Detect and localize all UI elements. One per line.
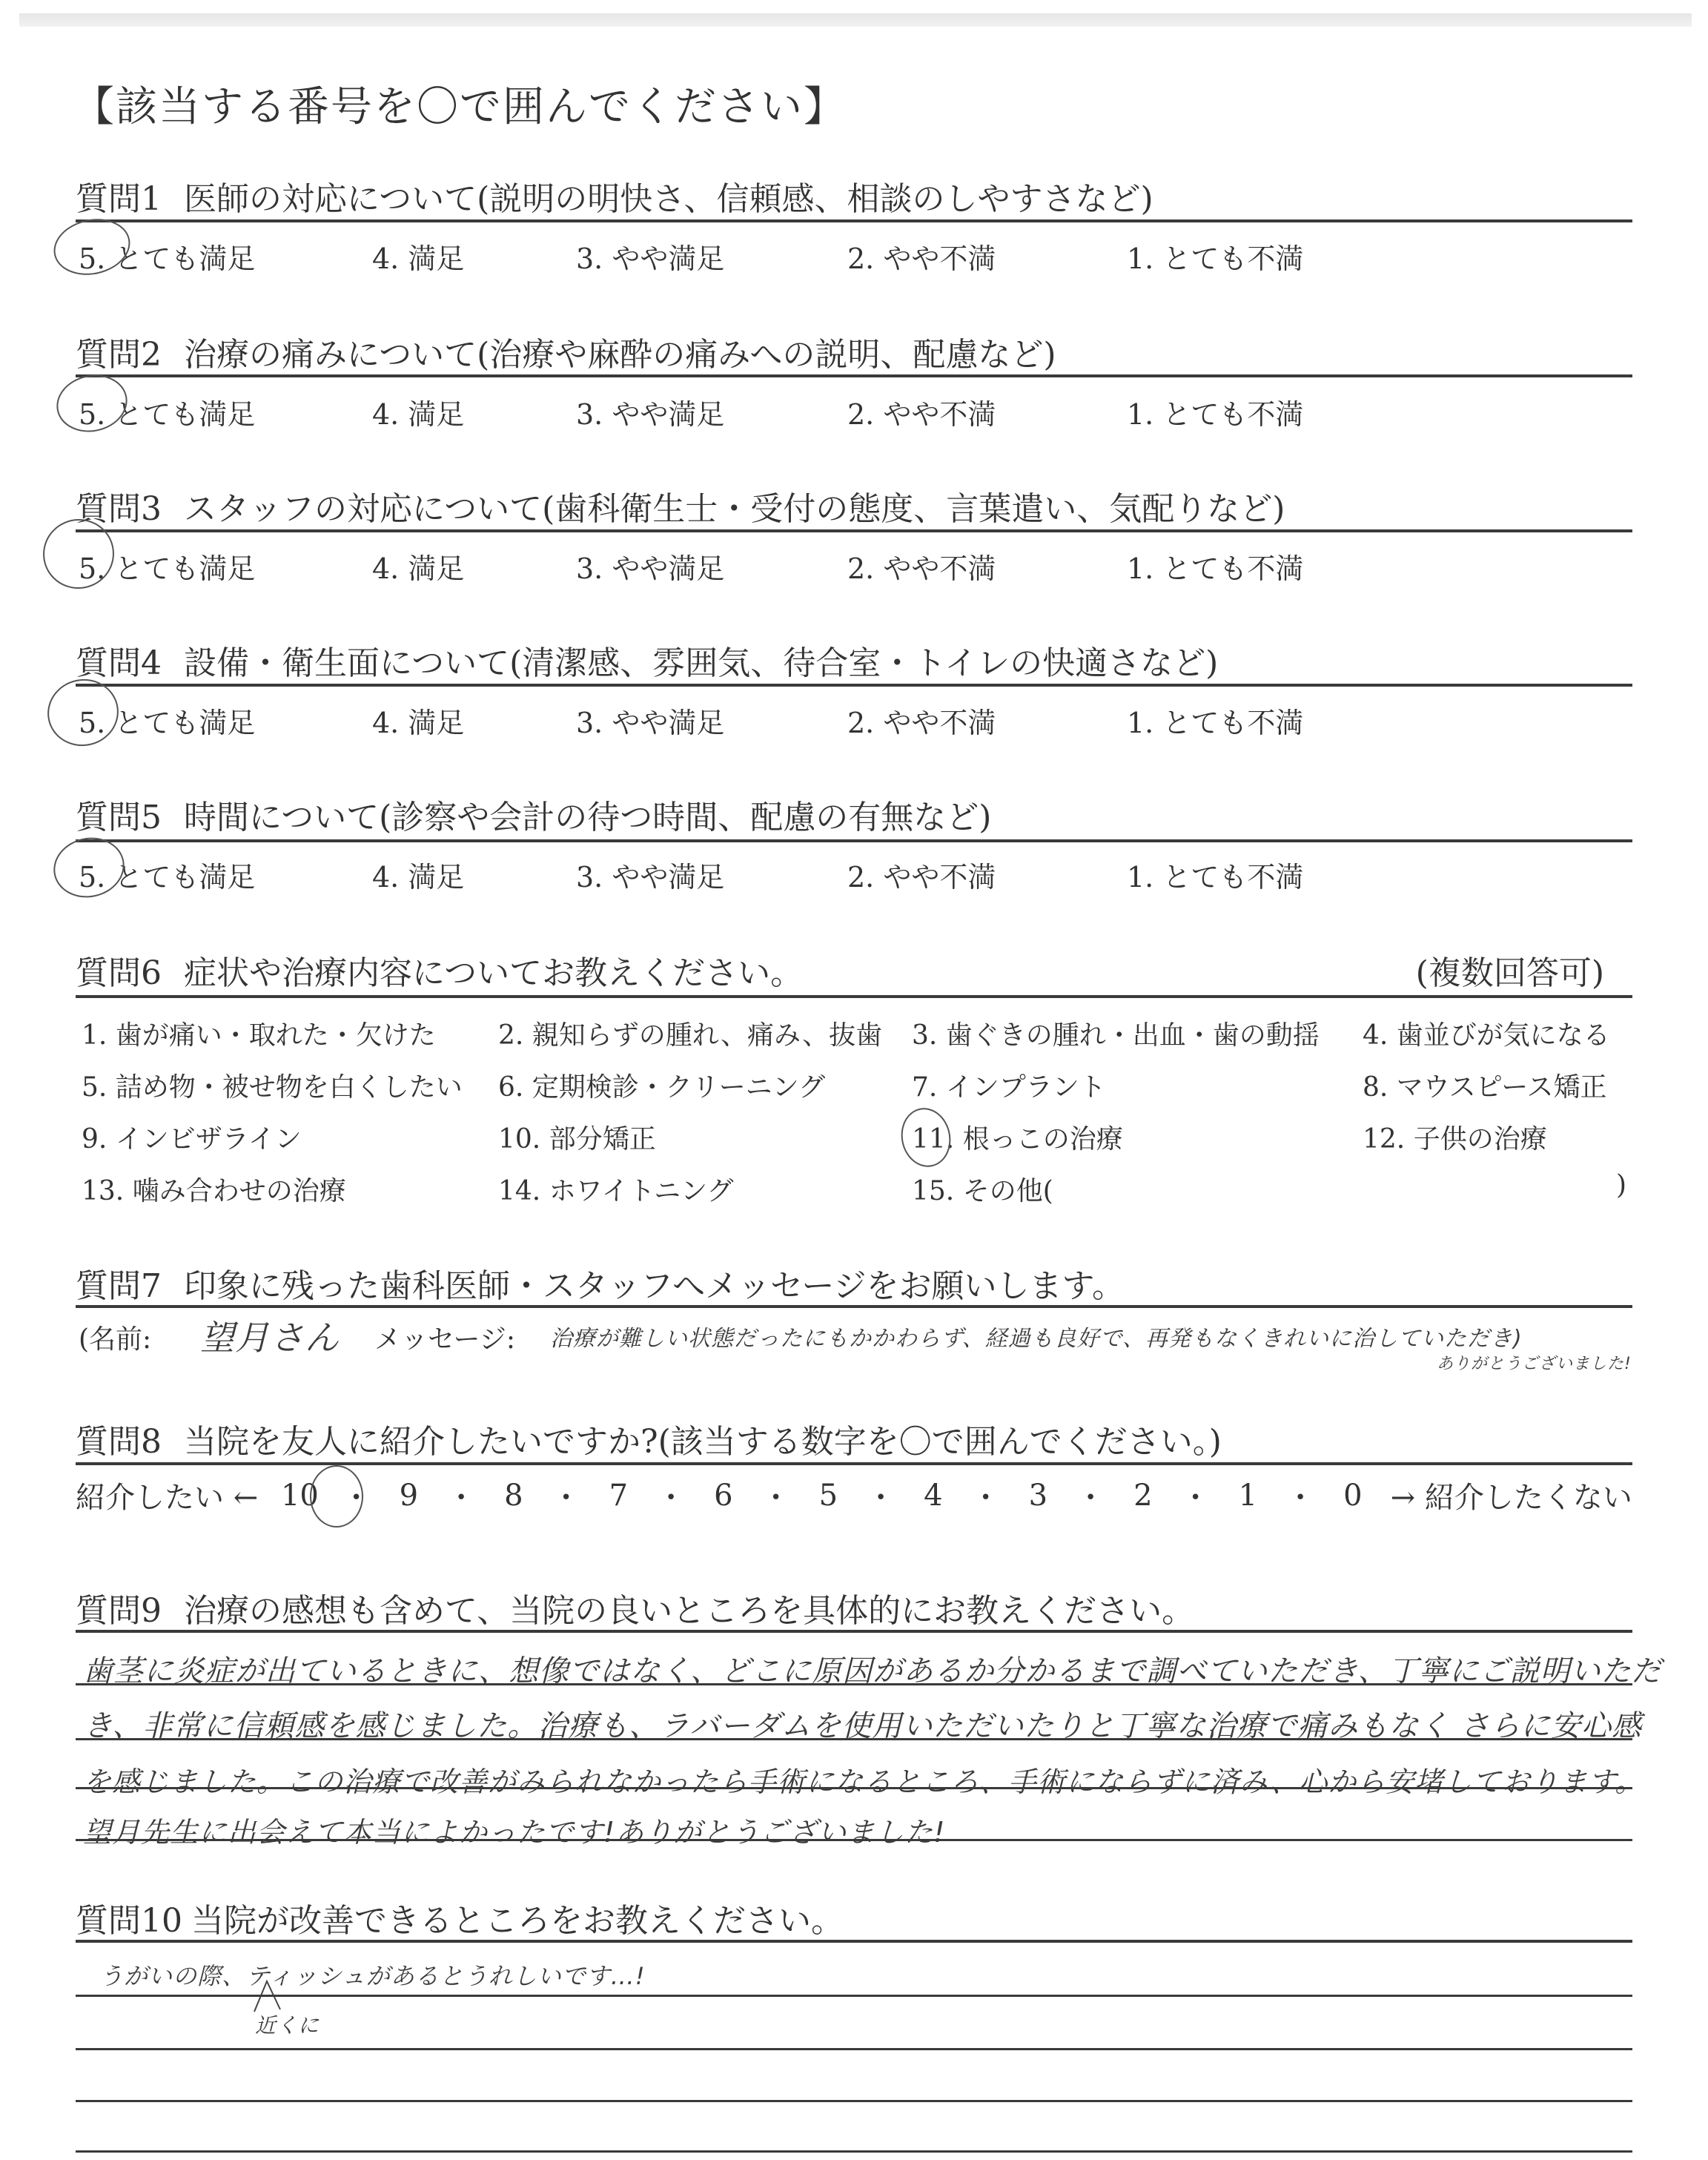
option-2[interactable]: 2. やや不満 [847, 700, 996, 741]
symptom-option-9[interactable]: 9. インビザライン [82, 1118, 302, 1156]
selection-circle [310, 1465, 363, 1527]
question-text: スタッフの対応について(歯科衛生士・受付の態度、言葉遣い、気配りなど) [184, 490, 1285, 528]
question-text: 医師の対応について(説明の明快さ、信頼感、相談のしやすさなど) [184, 180, 1153, 218]
writing-line [76, 2100, 1632, 2102]
divider [76, 219, 1632, 222]
symptom-option-6[interactable]: 6. 定期検診・クリーニング [498, 1066, 825, 1104]
separator: ・ [761, 1474, 791, 1516]
option-2[interactable]: 2. やや不満 [847, 392, 996, 432]
multiple-answers-note: (複数回答可) [1416, 946, 1604, 994]
question-number: 質問7 [76, 1267, 162, 1305]
divider [76, 1630, 1632, 1633]
writing-line [76, 1787, 1632, 1789]
symptom-option-7[interactable]: 7. インプラント [912, 1066, 1106, 1104]
question-5-heading: 質問5時間について(診察や会計の待つ時間、配慮の有無など) [76, 790, 991, 838]
message-value[interactable]: 治療が難しい状態だったにもかかわらず、経過も良好で、再発もなくきれいに治していた… [550, 1320, 1523, 1353]
question-6-heading: 質問6症状や治療内容についてお教えください。 [76, 946, 803, 994]
separator: ・ [866, 1474, 896, 1516]
symptom-option-8[interactable]: 8. マウスピース矯正 [1363, 1066, 1606, 1104]
divider [76, 1305, 1632, 1308]
question-text: 当院を友人に紹介したいですか?(該当する数字を〇で囲んでください。) [184, 1423, 1222, 1461]
question-10-heading: 質問10当院が改善できるところをお教えください。 [76, 1894, 844, 1941]
writing-line [76, 2048, 1632, 2050]
message-label: メッセージ: [374, 1318, 515, 1356]
question-3-heading: 質問3スタッフの対応について(歯科衛生士・受付の態度、言葉遣い、気配りなど) [76, 482, 1285, 529]
question-2-heading: 質問2治療の痛みについて(治療や麻酔の痛みへの説明、配慮など) [76, 328, 1056, 375]
question-text: 治療の痛みについて(治療や麻酔の痛みへの説明、配慮など) [184, 336, 1056, 374]
question-number: 質問1 [76, 180, 162, 218]
name-value[interactable]: 望月さん [200, 1311, 340, 1360]
option-2[interactable]: 2. やや不満 [847, 236, 996, 277]
scale-8[interactable]: 8 [499, 1479, 529, 1513]
scale-4[interactable]: 4 [918, 1479, 948, 1513]
option-1[interactable]: 1. とても不満 [1127, 546, 1303, 587]
scale-left-label: 紹介したい ← [76, 1474, 258, 1516]
scale-3[interactable]: 3 [1023, 1479, 1053, 1513]
divider [76, 995, 1632, 998]
symptom-option-3[interactable]: 3. 歯ぐきの腫れ・出血・歯の動揺 [912, 1014, 1320, 1052]
separator: ・ [971, 1474, 1001, 1516]
option-3[interactable]: 3. やや満足 [576, 236, 724, 277]
writing-line [76, 1738, 1632, 1740]
option-2[interactable]: 2. やや不満 [847, 854, 996, 895]
option-2[interactable]: 2. やや不満 [847, 546, 996, 587]
question-number: 質問4 [76, 644, 162, 682]
insertion-caret-icon [251, 1978, 295, 2015]
message-value-continued[interactable]: ありがとうございました! [1437, 1351, 1632, 1374]
question-1-heading: 質問1医師の対応について(説明の明快さ、信頼感、相談のしやすさなど) [76, 172, 1153, 219]
name-label: (名前: [79, 1318, 151, 1356]
scan-top-edge [19, 13, 1692, 27]
writing-line [76, 1683, 1632, 1685]
improvement-answer[interactable]: うがいの際、ティッシュがあるとうれしいです…! [99, 1958, 646, 1992]
option-1[interactable]: 1. とても不満 [1127, 854, 1303, 895]
option-4[interactable]: 4. 満足 [372, 392, 464, 432]
symptom-option-12[interactable]: 12. 子供の治療 [1363, 1118, 1547, 1156]
question-text: 印象に残った歯科医師・スタッフへメッセージをお願いします。 [184, 1267, 1125, 1305]
divider [76, 1462, 1632, 1465]
page-title: 【該当する番号を〇で囲んでください】 [73, 74, 847, 133]
option-3[interactable]: 3. やや満足 [576, 700, 724, 741]
writing-line [76, 1839, 1632, 1841]
separator: ・ [1076, 1474, 1105, 1516]
answer-line-3[interactable]: を感じました。この治療で改善がみられなかったら手術になるところ、手術にならずに済… [83, 1759, 1644, 1800]
option-4[interactable]: 4. 満足 [372, 854, 464, 895]
separator: ・ [1285, 1474, 1315, 1516]
scale-1[interactable]: 1 [1233, 1479, 1262, 1513]
divider [76, 374, 1632, 377]
divider [76, 684, 1632, 687]
question-number: 質問2 [76, 336, 162, 374]
question-number: 質問5 [76, 799, 162, 836]
other-close-paren: ) [1616, 1170, 1626, 1200]
question-8-heading: 質問8当院を友人に紹介したいですか?(該当する数字を〇で囲んでください。) [76, 1415, 1222, 1462]
question-7-heading: 質問7印象に残った歯科医師・スタッフへメッセージをお願いします。 [76, 1259, 1125, 1307]
symptom-option-14[interactable]: 14. ホワイトニング [498, 1170, 733, 1208]
question-9-heading: 質問9治療の感想も含めて、当院の良いところを具体的にお教えください。 [76, 1584, 1194, 1631]
symptom-option-15[interactable]: 15. その他( [912, 1170, 1053, 1208]
scale-5[interactable]: 5 [813, 1479, 843, 1513]
answer-line-4[interactable]: 望月先生に出会えて本当によかったです!ありがとうございました! [83, 1809, 945, 1850]
recommend-scale: 紹介したい ← 10・ 9・ 8・ 7・ 6・ 5・ 4・ 3・ 2・ 1・ 0… [76, 1474, 1632, 1516]
divider [76, 1940, 1632, 1943]
separator: ・ [1181, 1474, 1211, 1516]
option-4[interactable]: 4. 満足 [372, 546, 464, 587]
question-number: 質問9 [76, 1592, 162, 1630]
writing-line [76, 2150, 1632, 2153]
symptom-option-13[interactable]: 13. 噛み合わせの治療 [82, 1170, 346, 1208]
scale-0[interactable]: 0 [1338, 1479, 1368, 1513]
scale-right-label: → 紹介したくない [1391, 1474, 1632, 1516]
question-text: 設備・衛生面について(清潔感、雰囲気、待合室・トイレの快適さなど) [184, 644, 1218, 682]
symptom-option-1[interactable]: 1. 歯が痛い・取れた・欠けた [82, 1014, 436, 1052]
divider [76, 529, 1632, 532]
question-4-heading: 質問4設備・衛生面について(清潔感、雰囲気、待合室・トイレの快適さなど) [76, 636, 1218, 684]
symptom-option-5[interactable]: 5. 詰め物・被せ物を白くしたい [82, 1066, 463, 1104]
question-text: 治療の感想も含めて、当院の良いところを具体的にお教えください。 [184, 1592, 1194, 1630]
separator: ・ [552, 1474, 581, 1516]
option-3[interactable]: 3. やや満足 [576, 854, 724, 895]
question-text: 当院が改善できるところをお教えください。 [191, 1902, 844, 1940]
scale-2[interactable]: 2 [1128, 1479, 1158, 1513]
option-4[interactable]: 4. 満足 [372, 700, 464, 741]
option-3[interactable]: 3. やや満足 [576, 392, 724, 432]
option-1[interactable]: 1. とても不満 [1127, 392, 1303, 432]
scale-9[interactable]: 9 [394, 1479, 423, 1513]
question-text: 時間について(診察や会計の待つ時間、配慮の有無など) [184, 799, 991, 836]
scale-6[interactable]: 6 [709, 1479, 738, 1513]
symptom-option-4[interactable]: 4. 歯並びが気になる [1363, 1014, 1610, 1052]
symptom-option-2[interactable]: 2. 親知らずの腫れ、痛み、抜歯 [498, 1014, 882, 1052]
separator: ・ [656, 1474, 686, 1516]
writing-line [76, 1995, 1632, 1997]
option-4[interactable]: 4. 満足 [372, 236, 464, 277]
divider [76, 839, 1632, 842]
separator: ・ [446, 1474, 476, 1516]
symptom-option-10[interactable]: 10. 部分矯正 [498, 1118, 656, 1156]
question-number: 質問6 [76, 954, 162, 992]
option-1[interactable]: 1. とても不満 [1127, 700, 1303, 741]
selection-circle [896, 1103, 956, 1172]
scale-7[interactable]: 7 [603, 1479, 633, 1513]
option-3[interactable]: 3. やや満足 [576, 546, 724, 587]
option-1[interactable]: 1. とても不満 [1127, 236, 1303, 277]
question-text: 症状や治療内容についてお教えください。 [184, 954, 803, 992]
question-number: 質問8 [76, 1423, 162, 1461]
question-number: 質問10 [76, 1902, 182, 1940]
